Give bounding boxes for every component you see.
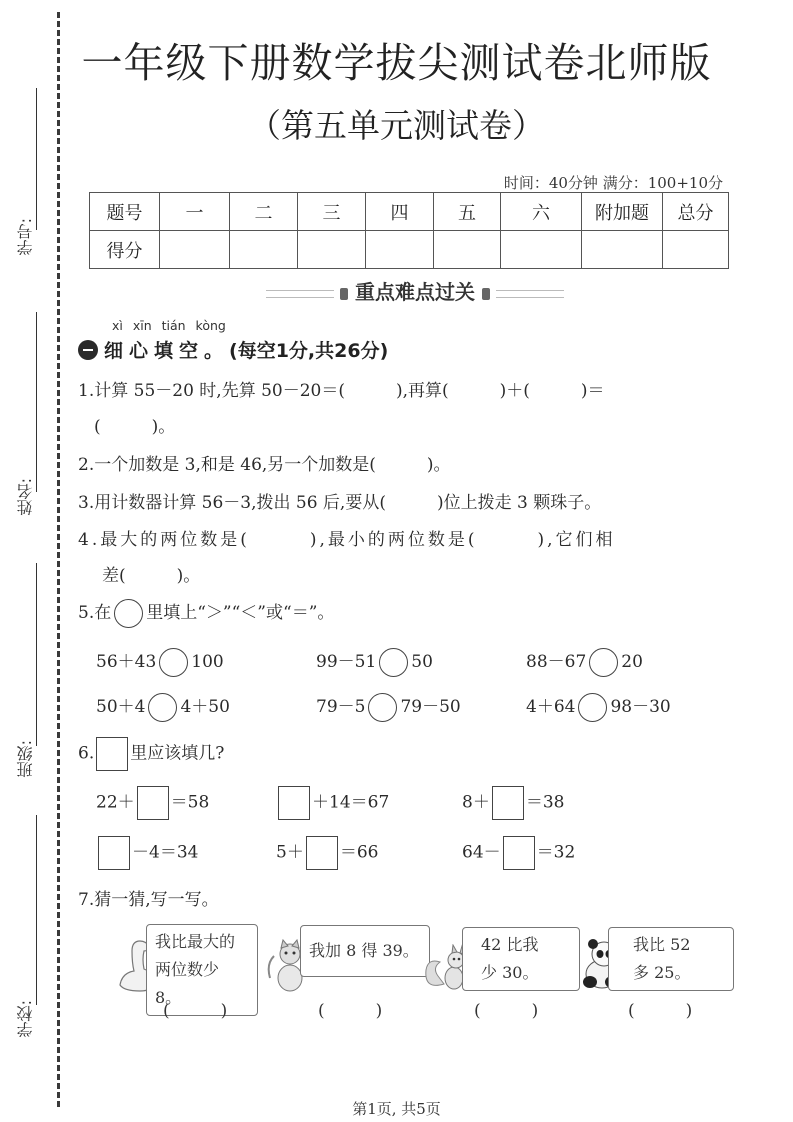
table-score-row: 得分 [90, 231, 729, 269]
bubble-line: 我比最大的 [155, 928, 249, 956]
bubble-line: 我比 52 [633, 931, 725, 959]
page-subtitle: （第五单元测试卷） [0, 100, 793, 147]
compare-circle[interactable] [159, 648, 188, 677]
banner-block-icon [340, 288, 348, 300]
fill-after: －4＝34 [132, 843, 198, 863]
answer-blank-cat[interactable]: ( ) [318, 996, 382, 1021]
table-header-row: 题号 一 二 三 四 五 六 附加题 总分 [90, 193, 729, 231]
score-cell-3[interactable] [298, 231, 366, 269]
speech-bubble-cat: 我加 8 得 39。 [300, 925, 430, 977]
question-4-line-1: 4.最大的两位数是( ),最小的两位数是( ),它们相 [78, 525, 616, 550]
question-1-line-2: ( )。 [94, 412, 175, 437]
fill-after: ＝32 [537, 843, 576, 863]
question-3: 3.用计数器计算 56－3,拨出 56 后,要从( )位上拨走 3 颗珠子。 [78, 488, 601, 513]
q6-suffix: 里应该填几? [130, 744, 224, 764]
fill-item: ＋14＝67 [276, 786, 389, 820]
compare-right: 4＋50 [180, 697, 229, 717]
table-cell: 题号 [90, 193, 160, 231]
bubble-line: 多 25。 [633, 959, 725, 987]
score-cell-total[interactable] [663, 231, 729, 269]
fill-box[interactable] [503, 836, 535, 870]
circle-icon [114, 599, 143, 628]
fill-item: 5＋＝66 [276, 836, 378, 870]
fill-item: －4＝34 [96, 836, 198, 870]
table-cell: 得分 [90, 231, 160, 269]
q5-suffix: 里填上“＞”“＜”或“＝”。 [146, 603, 334, 623]
answer-blank-goose[interactable]: ( ) [163, 996, 227, 1021]
table-cell: 三 [298, 193, 366, 231]
bubble-line: 我加 8 得 39。 [309, 926, 421, 976]
table-cell: 总分 [663, 193, 729, 231]
fill-after: ＋14＝67 [312, 793, 389, 813]
class-label: 班级: [14, 740, 44, 777]
section-number-badge-icon [78, 340, 98, 360]
fill-before: 8＋ [462, 793, 490, 813]
page-number: 第1页, 共5页 [0, 1098, 793, 1119]
name-label: 姓名: [14, 478, 44, 515]
question-2: 2.一个加数是 3,和是 46,另一个加数是( )。 [78, 450, 451, 475]
compare-circle[interactable] [589, 648, 618, 677]
time-info: 时间：40分钟 满分：100+10分 [504, 172, 723, 193]
speech-bubble-panda: 我比 52 多 25。 [608, 927, 734, 991]
fill-item: 8＋＝38 [462, 786, 564, 820]
table-cell: 附加题 [582, 193, 663, 231]
square-icon [96, 737, 128, 771]
compare-item: 88－6720 [526, 647, 643, 677]
compare-circle[interactable] [148, 693, 177, 722]
compare-right: 20 [621, 652, 643, 672]
section-title: 细心填空。 [104, 336, 229, 363]
banner-block-icon [482, 288, 490, 300]
banner-deco-left [266, 290, 334, 298]
fill-after: ＝66 [340, 843, 379, 863]
fill-item: 64－＝32 [462, 836, 575, 870]
fill-box[interactable] [306, 836, 338, 870]
question-7-title: 7.猜一猜,写一写。 [78, 885, 219, 910]
speech-bubble-squirrel: 42 比我 少 30。 [462, 927, 580, 991]
compare-circle[interactable] [578, 693, 607, 722]
school-line [36, 815, 37, 1005]
class-line [36, 563, 37, 746]
table-cell: 二 [230, 193, 298, 231]
fill-box[interactable] [278, 786, 310, 820]
table-cell: 一 [160, 193, 230, 231]
section-note: (每空1分,共26分) [229, 336, 388, 363]
compare-right: 100 [191, 652, 223, 672]
question-4-line-2: 差( )。 [102, 561, 200, 586]
student-id-label: 学号: [14, 218, 44, 255]
compare-left: 4＋64 [526, 697, 575, 717]
banner-label: 重点难点过关 [355, 280, 475, 304]
score-cell-6[interactable] [501, 231, 582, 269]
compare-right: 79－50 [400, 697, 460, 717]
fill-before: 22＋ [96, 793, 135, 813]
compare-left: 50＋4 [96, 697, 145, 717]
fill-after: ＝38 [526, 793, 565, 813]
score-table: 题号 一 二 三 四 五 六 附加题 总分 得分 [89, 192, 729, 269]
compare-right: 98－30 [610, 697, 670, 717]
score-cell-2[interactable] [230, 231, 298, 269]
bubble-line: 少 30。 [481, 959, 571, 987]
q6-prefix: 6. [78, 744, 94, 764]
fill-box[interactable] [137, 786, 169, 820]
score-cell-bonus[interactable] [582, 231, 663, 269]
fill-box[interactable] [98, 836, 130, 870]
compare-left: 88－67 [526, 652, 586, 672]
fill-before: 5＋ [276, 843, 304, 863]
compare-circle[interactable] [379, 648, 408, 677]
fill-item: 22＋＝58 [96, 786, 209, 820]
banner-deco-right [496, 290, 564, 298]
section-heading: 细心填空。 (每空1分,共26分) [78, 336, 388, 363]
compare-circle[interactable] [368, 693, 397, 722]
compare-item: 50＋44＋50 [96, 692, 230, 722]
name-line [36, 312, 37, 492]
table-cell: 四 [366, 193, 434, 231]
answer-blank-panda[interactable]: ( ) [628, 996, 692, 1021]
pinyin-annotation: xì xīn tián kòng [112, 318, 226, 333]
compare-left: 79－5 [316, 697, 365, 717]
answer-blank-squirrel[interactable]: ( ) [474, 996, 538, 1021]
compare-right: 50 [411, 652, 433, 672]
binding-fold-line [57, 12, 60, 1107]
score-cell-1[interactable] [160, 231, 230, 269]
fill-before: 64－ [462, 843, 501, 863]
school-label: 学校: [14, 1000, 44, 1037]
section-banner: 重点难点过关 [250, 276, 580, 305]
table-cell: 五 [434, 193, 501, 231]
page-title: 一年级下册数学拔尖测试卷北师版 [0, 30, 793, 89]
fill-box[interactable] [492, 786, 524, 820]
bubble-line: 42 比我 [481, 931, 571, 959]
question-5-prompt: 5.在里填上“＞”“＜”或“＝”。 [78, 598, 334, 628]
compare-left: 56＋43 [96, 652, 156, 672]
compare-item: 56＋43100 [96, 647, 224, 677]
question-6-prompt: 6.里应该填几? [78, 737, 224, 771]
question-1-line-1: 1.计算 55－20 时,先算 50－20＝( ),再算( )＋( )＝ [78, 376, 605, 401]
q5-prefix: 5.在 [78, 603, 111, 623]
table-cell: 六 [501, 193, 582, 231]
score-cell-4[interactable] [366, 231, 434, 269]
compare-item: 4＋6498－30 [526, 692, 671, 722]
compare-item: 99－5150 [316, 647, 433, 677]
compare-left: 99－51 [316, 652, 376, 672]
score-cell-5[interactable] [434, 231, 501, 269]
compare-item: 79－579－50 [316, 692, 461, 722]
fill-after: ＝58 [171, 793, 210, 813]
